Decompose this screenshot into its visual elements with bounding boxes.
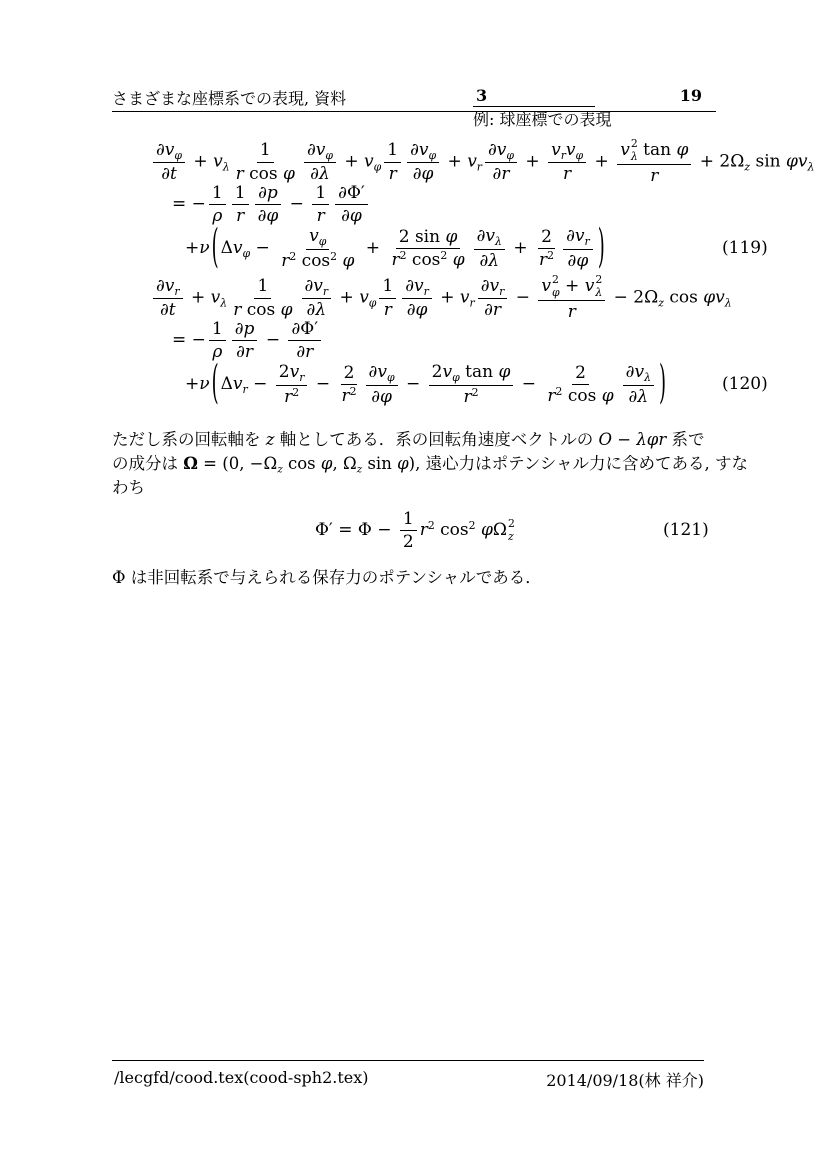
fraction: 1r xyxy=(384,140,401,184)
numerator: 2 xyxy=(341,363,358,385)
math-token: 1 xyxy=(403,509,414,529)
math-token: − xyxy=(612,430,636,449)
math-token: 2 xyxy=(432,362,443,382)
fraction: ∂vλ∂λ xyxy=(474,226,505,271)
math-token: ∂v xyxy=(369,362,387,382)
math-token: cos xyxy=(249,164,283,184)
fraction: ∂vr∂φ xyxy=(563,226,593,271)
numerator: v2λ tan φ xyxy=(617,138,691,165)
equation-line: Φ′ = Φ − 12r2 cos2 φΩ2z(121) xyxy=(112,508,780,552)
denominator: 2 xyxy=(400,531,417,552)
math-token: + 2 xyxy=(694,152,730,172)
math-token: Ω xyxy=(644,288,658,308)
subscript: φ xyxy=(243,247,251,260)
numerator: ∂vφ xyxy=(407,140,439,164)
math-token: − 2 xyxy=(608,288,644,308)
subscript: φ xyxy=(387,371,395,384)
superscript: 2 xyxy=(595,274,602,287)
denominator: r2 cos φ xyxy=(544,385,616,406)
math-token: ∂λ xyxy=(629,387,649,407)
subscript: φ xyxy=(369,296,377,309)
math-token: Ω xyxy=(343,454,357,473)
math-token: 2 sin xyxy=(399,227,446,247)
math-token: + xyxy=(339,152,364,172)
math-token: Ω xyxy=(183,454,198,473)
math-token: φ xyxy=(337,251,354,271)
header-section-number: 3 xyxy=(473,86,595,107)
math-token: v xyxy=(566,140,576,160)
math-token: v xyxy=(620,140,630,160)
equation-line: ∂vφ∂t + vλ1r cos φ∂vφ∂λ + vφ1r∂vφ∂φ + vr… xyxy=(112,138,780,182)
math-token: ∂v xyxy=(307,140,325,160)
superscript: 2 xyxy=(350,385,357,398)
subscript: φ xyxy=(374,160,382,173)
math-token: ∂ xyxy=(291,319,300,339)
math-token: ∂r xyxy=(236,342,253,362)
denominator: ∂φ xyxy=(338,205,365,226)
fraction: ∂vr∂r xyxy=(478,276,508,321)
subscript: λ xyxy=(495,235,502,248)
math-token: ∂v xyxy=(566,226,584,246)
text-line: わち xyxy=(112,476,780,500)
superscript: 2 xyxy=(547,249,554,262)
math-token: + xyxy=(560,276,585,296)
math-token: Φ xyxy=(358,520,377,540)
fraction: 2vrr2 xyxy=(276,362,308,407)
math-token: ∂v xyxy=(305,276,323,296)
denominator: ∂r xyxy=(233,341,256,362)
math-token: φ xyxy=(602,386,614,406)
math-token: Ω xyxy=(730,152,744,172)
subscript: r xyxy=(584,235,589,248)
subscript: λ xyxy=(223,160,230,173)
math-token: = (0, − xyxy=(198,454,264,473)
denominator: r2 cos2 φ xyxy=(278,250,357,271)
math-token: v xyxy=(798,152,808,172)
math-token: + xyxy=(334,288,359,308)
math-token: ∂ xyxy=(338,183,347,203)
math-token: v xyxy=(442,362,452,382)
math-token: ∂φ xyxy=(371,387,392,407)
math-token: , xyxy=(332,454,343,473)
math-token: r xyxy=(420,520,428,540)
math-token: O xyxy=(598,430,612,449)
math-token: + xyxy=(360,238,385,258)
math-token: ∂p xyxy=(235,319,255,339)
equation-line: ∂vr∂t + vλ1r cos φ∂vr∂λ + vφ1r∂vr∂φ + vr… xyxy=(112,274,780,318)
math-token: r xyxy=(317,206,325,226)
math-token: − xyxy=(260,330,285,350)
fraction: ∂vλ∂λ xyxy=(623,362,654,407)
math-token: v xyxy=(211,288,221,308)
subscript: r xyxy=(424,284,429,297)
denominator: r2 xyxy=(536,249,557,270)
math-token: 1 xyxy=(235,183,246,203)
fraction: ∂vφ∂φ xyxy=(407,140,439,185)
sub-sup-stack: 2λ xyxy=(595,274,602,299)
subscript: λ xyxy=(808,160,815,173)
subscript: r xyxy=(477,160,482,173)
math-token: 1 xyxy=(315,183,326,203)
fraction: 1r cos φ xyxy=(230,276,295,320)
subscript: φ xyxy=(429,148,437,161)
math-token: r xyxy=(539,250,547,270)
math-token: v xyxy=(233,238,243,258)
math-token: ∂φ xyxy=(258,206,279,226)
fraction: ∂vφ∂t xyxy=(153,140,185,185)
denominator: r cos φ xyxy=(233,163,298,184)
numerator: 1 xyxy=(254,276,271,298)
math-token: = − xyxy=(172,194,206,214)
paragraph-potential: Φ は非回転系で与えられる保存力のポテンシャルである． xyxy=(112,566,780,590)
math-token: φ xyxy=(397,454,409,473)
document-page: さまざまな座標系での表現, 資料 3例: 球座標での表現 19 ∂vφ∂t + … xyxy=(0,0,826,1169)
denominator: ∂r xyxy=(293,341,316,362)
math-token: Φ xyxy=(112,568,126,587)
subscript: z xyxy=(508,531,514,544)
math-token: 2 xyxy=(403,532,414,552)
math-token: r xyxy=(284,387,292,407)
fraction: 2r2 xyxy=(536,227,557,271)
denominator: ∂λ xyxy=(626,386,652,407)
numerator: vrvφ xyxy=(548,140,586,164)
math-token: ∂v xyxy=(481,276,499,296)
math-token: = xyxy=(338,520,358,540)
math-token: 2 xyxy=(344,363,355,383)
math-token: ∂p xyxy=(258,183,278,203)
math-token: ∂v xyxy=(405,276,423,296)
fraction: ∂vr∂t xyxy=(153,276,183,321)
math-token: cos xyxy=(247,300,281,320)
math-token: sin xyxy=(750,152,786,172)
math-token: + xyxy=(508,238,533,258)
equation-number: (119) xyxy=(722,226,768,270)
subscript: r xyxy=(174,284,179,297)
math-token: v xyxy=(364,152,374,172)
math-token: ∂φ xyxy=(568,251,589,271)
math-token: φ xyxy=(498,362,510,382)
math-token: r xyxy=(547,386,555,406)
math-token: = − xyxy=(172,330,206,350)
math-token: v xyxy=(359,288,369,308)
math-token: r xyxy=(236,206,244,226)
numerator: 1 xyxy=(379,276,396,298)
math-token: ∂v xyxy=(156,140,174,160)
superscript: 2 xyxy=(508,518,515,531)
numerator: 1 xyxy=(312,183,329,205)
fraction: v2λ tan φr xyxy=(617,138,691,186)
numerator: 2vφ tan φ xyxy=(429,362,514,386)
numerator: ∂vr xyxy=(563,226,593,250)
numerator: ∂vλ xyxy=(623,362,654,386)
footer-date-author: 2014/09/18(林 祥介) xyxy=(546,1068,704,1091)
sub-sup-stack: 2λ xyxy=(631,138,638,163)
math-token: ∂v xyxy=(477,226,495,246)
math-token: cos xyxy=(296,251,330,271)
fraction: ∂vr∂φ xyxy=(402,276,432,321)
fraction: ∂p∂φ xyxy=(255,183,282,227)
denominator: r xyxy=(314,205,328,226)
math-token: v xyxy=(467,152,477,172)
numerator: ∂vr xyxy=(153,276,183,300)
numerator: 2 xyxy=(572,363,589,385)
math-token: cos xyxy=(407,250,441,270)
header-section-title: 例: 球座標での表現 xyxy=(473,110,611,129)
math-token: + xyxy=(435,288,460,308)
math-token: tan xyxy=(460,362,499,382)
subscript: φ xyxy=(319,235,327,248)
math-token: わち xyxy=(112,478,145,497)
denominator: r xyxy=(233,205,247,226)
numerator: ∂Φ′ xyxy=(335,183,368,205)
math-token: − xyxy=(377,520,397,540)
subscript: λ xyxy=(725,296,732,309)
math-token: 1 xyxy=(387,140,398,160)
math-token: tan xyxy=(638,140,677,160)
footer-file-path: /lecgfd/cood.tex(cood-sph2.tex) xyxy=(114,1068,369,1087)
fraction: 2vφ tan φr2 xyxy=(429,362,514,407)
math-token: Ω xyxy=(493,520,507,540)
math-token: cos xyxy=(435,520,469,540)
math-token: sin xyxy=(362,454,397,473)
denominator: r2 cos2 φ xyxy=(388,249,467,270)
subscript: φ xyxy=(174,148,182,161)
math-token: φ xyxy=(476,520,493,540)
math-token: の成分は xyxy=(112,454,183,473)
math-token: v xyxy=(541,276,551,296)
math-token: v xyxy=(233,374,243,394)
big-paren: ( xyxy=(212,328,219,440)
math-token: ただし系の回転軸を xyxy=(112,430,266,449)
math-token: − xyxy=(250,238,275,258)
math-token: − xyxy=(310,374,335,394)
superscript: 2 xyxy=(472,386,479,399)
math-token: ν xyxy=(199,238,209,258)
numerator: 2 xyxy=(538,227,555,249)
math-token: φ xyxy=(786,152,798,172)
math-token: r xyxy=(391,250,399,270)
math-token: 1 xyxy=(257,276,268,296)
math-token: 系で xyxy=(666,430,704,449)
math-token: Δ xyxy=(221,374,233,394)
math-token: r xyxy=(341,386,349,406)
math-token: r xyxy=(463,387,471,407)
math-token: ν xyxy=(199,374,209,394)
math-token: Φ′ xyxy=(315,520,338,540)
math-token: ∂φ xyxy=(341,206,362,226)
subscript: λ xyxy=(631,151,638,164)
fraction: ∂vr∂λ xyxy=(302,276,332,321)
fraction: 1r xyxy=(232,183,249,227)
math-token: 2 xyxy=(575,363,586,383)
subscript: φ xyxy=(325,148,333,161)
subscript: r xyxy=(499,284,504,297)
math-token: − xyxy=(401,374,426,394)
fraction: 1r xyxy=(312,183,329,227)
numerator: 1 xyxy=(257,140,274,162)
math-token: + xyxy=(442,152,467,172)
sub-sup-stack: 2z xyxy=(508,518,515,543)
sub-sup-stack: 2φ xyxy=(552,274,560,299)
math-token: 2 xyxy=(541,227,552,247)
numerator: 2 sin φ xyxy=(396,227,461,249)
fraction: ∂p∂r xyxy=(232,319,258,363)
numerator: v2φ + v2λ xyxy=(538,274,605,301)
math-token: ∂r xyxy=(296,342,313,362)
math-token: φ xyxy=(321,454,333,473)
denominator: r2 xyxy=(281,386,302,407)
fraction: v2φ + v2λr xyxy=(538,274,605,322)
math-token: v xyxy=(585,276,595,296)
numerator: ∂p xyxy=(255,183,281,205)
fraction: 1r xyxy=(379,276,396,320)
math-token: 2 xyxy=(279,362,290,382)
equation-number: (120) xyxy=(722,362,768,406)
fraction: 2r2 cos φ xyxy=(544,363,616,407)
numerator: ∂vr xyxy=(302,276,332,300)
subscript: φ xyxy=(452,371,460,384)
math-token: − xyxy=(248,374,273,394)
math-token: φ xyxy=(281,300,293,320)
math-token: Φ′ xyxy=(347,183,365,203)
denominator: r2 xyxy=(338,385,359,406)
subscript: φ xyxy=(506,148,514,161)
denominator: r xyxy=(381,299,395,320)
math-token: v xyxy=(213,152,223,172)
numerator: ∂vr xyxy=(402,276,432,300)
math-token: cos xyxy=(283,454,321,473)
math-token: ∂v xyxy=(410,140,428,160)
math-token: φ xyxy=(283,164,295,184)
math-token: cos xyxy=(562,386,601,406)
denominator: ∂φ xyxy=(565,250,592,271)
math-token: ∂λ xyxy=(480,251,500,271)
numerator: ∂vφ xyxy=(153,140,185,164)
equation-120: ∂vr∂t + vλ1r cos φ∂vr∂λ + vφ1r∂vr∂φ + vr… xyxy=(112,274,780,406)
math-token: + xyxy=(520,152,545,172)
numerator: ∂vφ xyxy=(366,362,398,386)
fraction: ∂vφ∂λ xyxy=(304,140,336,185)
fraction: ∂Φ′∂r xyxy=(288,319,321,363)
math-token: φ xyxy=(447,250,464,270)
fraction: ∂vφ∂φ xyxy=(366,362,398,407)
subscript: λ xyxy=(644,371,651,384)
math-token: v xyxy=(715,288,725,308)
numerator: ∂p xyxy=(232,319,258,341)
fraction: 1r cos φ xyxy=(233,140,298,184)
content-column: ∂vφ∂t + vλ1r cos φ∂vφ∂λ + vφ1r∂vφ∂φ + vr… xyxy=(112,138,780,590)
subscript: φ xyxy=(576,148,584,161)
fraction: ∂Φ′∂φ xyxy=(335,183,368,227)
subscript: λ xyxy=(595,287,602,300)
equation-line: +ν(Δvr − 2vrr2 − 2r2∂vφ∂φ − 2vφ tan φr2 … xyxy=(112,362,780,406)
subscript: r xyxy=(470,296,475,309)
equation-119: ∂vφ∂t + vλ1r cos φ∂vφ∂λ + vφ1r∂vφ∂φ + vr… xyxy=(112,138,780,270)
math-token: φ xyxy=(676,140,688,160)
superscript: 2 xyxy=(400,249,407,262)
math-token: r xyxy=(389,164,397,184)
math-token: φ xyxy=(445,227,457,247)
page-footer: /lecgfd/cood.tex(cood-sph2.tex) 2014/09/… xyxy=(112,1060,704,1067)
math-token: + xyxy=(589,152,614,172)
denominator: r2 xyxy=(460,386,481,407)
equation-number: (121) xyxy=(663,508,709,552)
math-token: − xyxy=(284,194,309,214)
page-header: さまざまな座標系での表現, 資料 3例: 球座標での表現 19 xyxy=(112,86,716,112)
math-token: 軸としてある．系の回転角速度ベクトルの xyxy=(274,430,598,449)
numerator: 2vr xyxy=(276,362,308,386)
math-token: v xyxy=(290,362,300,382)
superscript: 2 xyxy=(469,519,476,532)
fraction: vrvφr xyxy=(548,140,586,185)
denominator: ∂φ xyxy=(368,386,395,407)
math-token: r xyxy=(384,300,392,320)
subscript: r xyxy=(323,284,328,297)
superscript: 2 xyxy=(428,519,435,532)
math-token: r xyxy=(233,300,247,320)
denominator: ∂φ xyxy=(255,205,282,226)
numerator: 1 xyxy=(232,183,249,205)
superscript: 2 xyxy=(631,138,638,151)
fraction: ∂vφ∂r xyxy=(485,140,517,185)
math-token: ∂v xyxy=(488,140,506,160)
fraction: 12 xyxy=(400,509,417,553)
equation-121: Φ′ = Φ − 12r2 cos2 φΩ2z(121) xyxy=(112,508,780,552)
page-number: 19 xyxy=(680,86,702,105)
big-paren: ) xyxy=(659,328,666,440)
math-token: φ xyxy=(703,288,715,308)
math-token: Φ′ xyxy=(300,319,318,339)
math-token: cos xyxy=(664,288,703,308)
math-token: v xyxy=(551,140,561,160)
math-token: + xyxy=(185,238,199,258)
math-token: r xyxy=(236,164,250,184)
math-token: ∂v xyxy=(626,362,644,382)
math-token: + xyxy=(188,152,213,172)
fraction: 2 sin φr2 cos2 φ xyxy=(388,227,467,271)
fraction: 2r2 xyxy=(338,363,359,407)
denominator: r cos φ xyxy=(230,299,295,320)
math-token: Ω xyxy=(264,454,278,473)
math-token: + xyxy=(186,288,211,308)
denominator: ∂λ xyxy=(477,250,503,271)
math-token: v xyxy=(309,226,319,246)
text-line: Φ は非回転系で与えられる保存力のポテンシャルである． xyxy=(112,566,780,590)
math-token: ∂v xyxy=(156,276,174,296)
math-token: 1 xyxy=(260,140,271,160)
numerator: ∂vr xyxy=(478,276,508,300)
numerator: ∂vφ xyxy=(485,140,517,164)
header-left-title: さまざまな座標系での表現, 資料 xyxy=(112,86,346,109)
math-token: − xyxy=(510,288,535,308)
numerator: ∂vλ xyxy=(474,226,505,250)
fraction: vφr2 cos2 φ xyxy=(278,226,357,271)
math-token: + xyxy=(185,374,199,394)
math-token: − xyxy=(516,374,541,394)
subscript: φ xyxy=(552,287,560,300)
header-section: 3例: 球座標での表現 xyxy=(473,86,611,130)
numerator: 1 xyxy=(400,509,417,531)
numerator: ∂Φ′ xyxy=(288,319,321,341)
math-token: v xyxy=(460,288,470,308)
numerator: 1 xyxy=(384,140,401,162)
math-token: Δ xyxy=(221,238,233,258)
math-token: は非回転系で与えられる保存力のポテンシャルである． xyxy=(126,568,542,587)
superscript: 2 xyxy=(292,386,299,399)
math-token: ), 遠心力はポテンシャル力に含めてある, すな xyxy=(409,454,748,473)
superscript: 2 xyxy=(552,274,559,287)
numerator: vφ xyxy=(306,226,329,250)
